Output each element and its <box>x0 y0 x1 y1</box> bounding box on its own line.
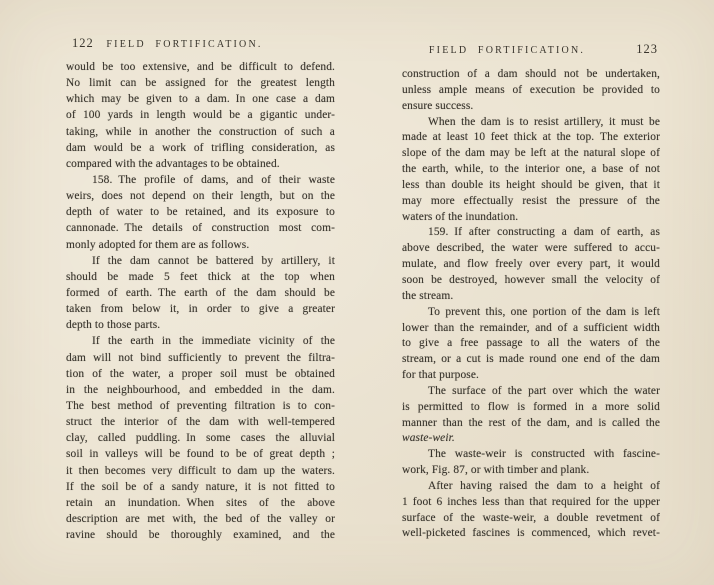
text-line: 158. The profile of dams, and of their w… <box>66 172 335 188</box>
running-head-left: FIELD FORTIFICATION. <box>106 39 262 50</box>
text-line: taken from below it, in order to give a … <box>66 301 335 317</box>
text-line: the stream. <box>402 289 660 305</box>
text-line: formed of earth. The earth of the dam sh… <box>66 285 335 301</box>
text-line: above described, the water were suffered… <box>402 241 660 257</box>
text-line: waste-weir. <box>402 431 660 447</box>
text-line: less than double its height should be gi… <box>402 178 660 194</box>
text-line: slope of the dam may be left at the natu… <box>402 146 660 162</box>
text-line: manner than the rest of the dam, and is … <box>402 416 660 432</box>
text-line: lower than the remainder, and of a suffi… <box>402 321 660 337</box>
text-line: the earth, while, to the interior one, a… <box>402 162 660 178</box>
text-line: The waste-weir is constructed with fasci… <box>402 447 660 463</box>
text-line: surface of the waste-weir, a double reve… <box>402 511 660 527</box>
text-line: ravine should be thoroughly examined, an… <box>66 527 335 543</box>
book-scan: 122 FIELD FORTIFICATION. would be too ex… <box>0 0 714 585</box>
text-line: monly adopted for them are as follows. <box>66 237 335 253</box>
left-page-header: 122 FIELD FORTIFICATION. <box>66 36 335 52</box>
text-line: construction of a dam should not be unde… <box>402 67 660 83</box>
text-line: made at least 10 feet thick at the top. … <box>402 130 660 146</box>
text-line: taking, while in another the constructio… <box>66 124 335 140</box>
text-line: dam would be a work of trifling consider… <box>66 140 335 156</box>
text-line: 1 foot 6 inches less than that required … <box>402 495 660 511</box>
text-line: tion of the water, a proper soil must be… <box>66 366 335 382</box>
text-line: When the dam is to resist artillery, it … <box>402 115 660 131</box>
text-line: would be too extensive, and be difficult… <box>66 59 335 75</box>
text-line: depth to those parts. <box>66 317 335 333</box>
text-line: in the neighbourhood, and embedded in th… <box>66 382 335 398</box>
page-number-left: 122 <box>72 36 94 51</box>
text-line: soon be destroyed, however small the vel… <box>402 273 660 289</box>
right-page-text: construction of a dam should not be unde… <box>402 67 660 542</box>
text-line: If the soil be of a sandy nature, it is … <box>66 479 335 495</box>
right-page-header: FIELD FORTIFICATION. 123 <box>402 42 660 58</box>
text-line: it then becomes very difficult to dam up… <box>66 463 335 479</box>
text-line: ensure success. <box>402 99 660 115</box>
text-line: 159. If after constructing a dam of eart… <box>402 225 660 241</box>
running-head-right: FIELD FORTIFICATION. <box>429 45 585 56</box>
text-line: No limit can be assigned for the greates… <box>66 75 335 91</box>
text-line: may more effectually resist the pressure… <box>402 194 660 210</box>
text-line: soil in valleys will be found to be of g… <box>66 446 335 462</box>
text-line: After having raised the dam to a height … <box>402 479 660 495</box>
text-line: to give a free passage to all the waters… <box>402 336 660 352</box>
text-line: well-picketed fascines is commenced, whi… <box>402 526 660 542</box>
text-line: of 100 yards in length would be a gigant… <box>66 107 335 123</box>
text-line: struct the interior of the dam with well… <box>66 414 335 430</box>
text-line: depth of water to be retained, and its e… <box>66 204 335 220</box>
text-line: cannonade. The details of construction m… <box>66 220 335 236</box>
text-line: compared with the advantages to be obtai… <box>66 156 335 172</box>
text-line: dam will not bind sufficiently to preven… <box>66 350 335 366</box>
text-line: description are met with, the bed of the… <box>66 511 335 527</box>
text-line: should be made 5 feet thick at the top w… <box>66 269 335 285</box>
text-line: The surface of the part over which the w… <box>402 384 660 400</box>
text-line: weirs, does not depend on their length, … <box>66 188 335 204</box>
text-line: waters of the inundation. <box>402 210 660 226</box>
text-line: mulate, and flow freely over every part,… <box>402 257 660 273</box>
text-line: for that purpose. <box>402 368 660 384</box>
text-line: is permitted to flow is formed in a more… <box>402 400 660 416</box>
text-line: The best method of preventing filtration… <box>66 398 335 414</box>
text-line: If the earth in the immediate vicinity o… <box>66 333 335 349</box>
text-line: which may be given to a dam. In one case… <box>66 91 335 107</box>
left-page-text: would be too extensive, and be difficult… <box>66 59 335 543</box>
text-line: unless ample means of execution be provi… <box>402 83 660 99</box>
text-line: retain an inundation. When sites of the … <box>66 495 335 511</box>
text-line: To prevent this, one portion of the dam … <box>402 305 660 321</box>
text-line: clay, called puddling. In some cases the… <box>66 430 335 446</box>
text-line: stream, or a cut is made round one end o… <box>402 352 660 368</box>
text-line: If the dam cannot be battered by artille… <box>66 253 335 269</box>
text-line: work, Fig. 87, or with timber and plank. <box>402 463 660 479</box>
page-number-right: 123 <box>636 42 658 57</box>
